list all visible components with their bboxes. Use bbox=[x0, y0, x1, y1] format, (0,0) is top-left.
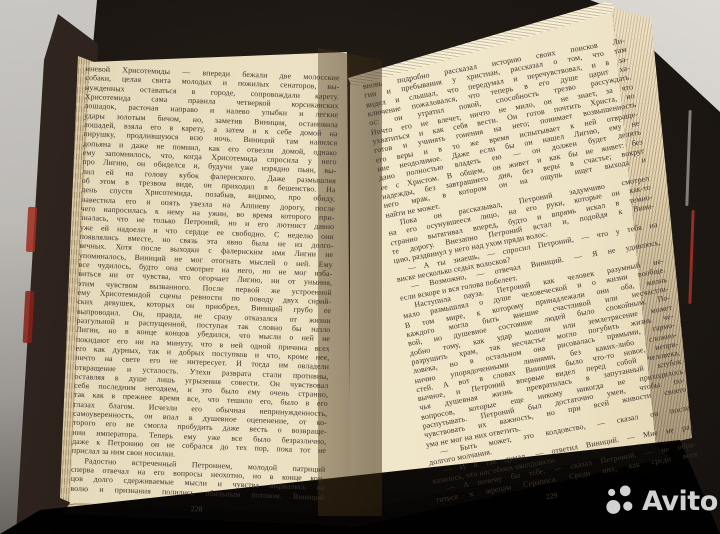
book-photo: иневой Хрисотемиды — впереди бежали две … bbox=[0, 0, 720, 534]
left-page-text: иневой Хрисотемиды — впереди бежали две … bbox=[70, 64, 340, 518]
avito-logo-icon bbox=[604, 484, 638, 518]
avito-watermark-label: Avito bbox=[642, 488, 718, 515]
avito-watermark: Avito bbox=[604, 484, 718, 518]
